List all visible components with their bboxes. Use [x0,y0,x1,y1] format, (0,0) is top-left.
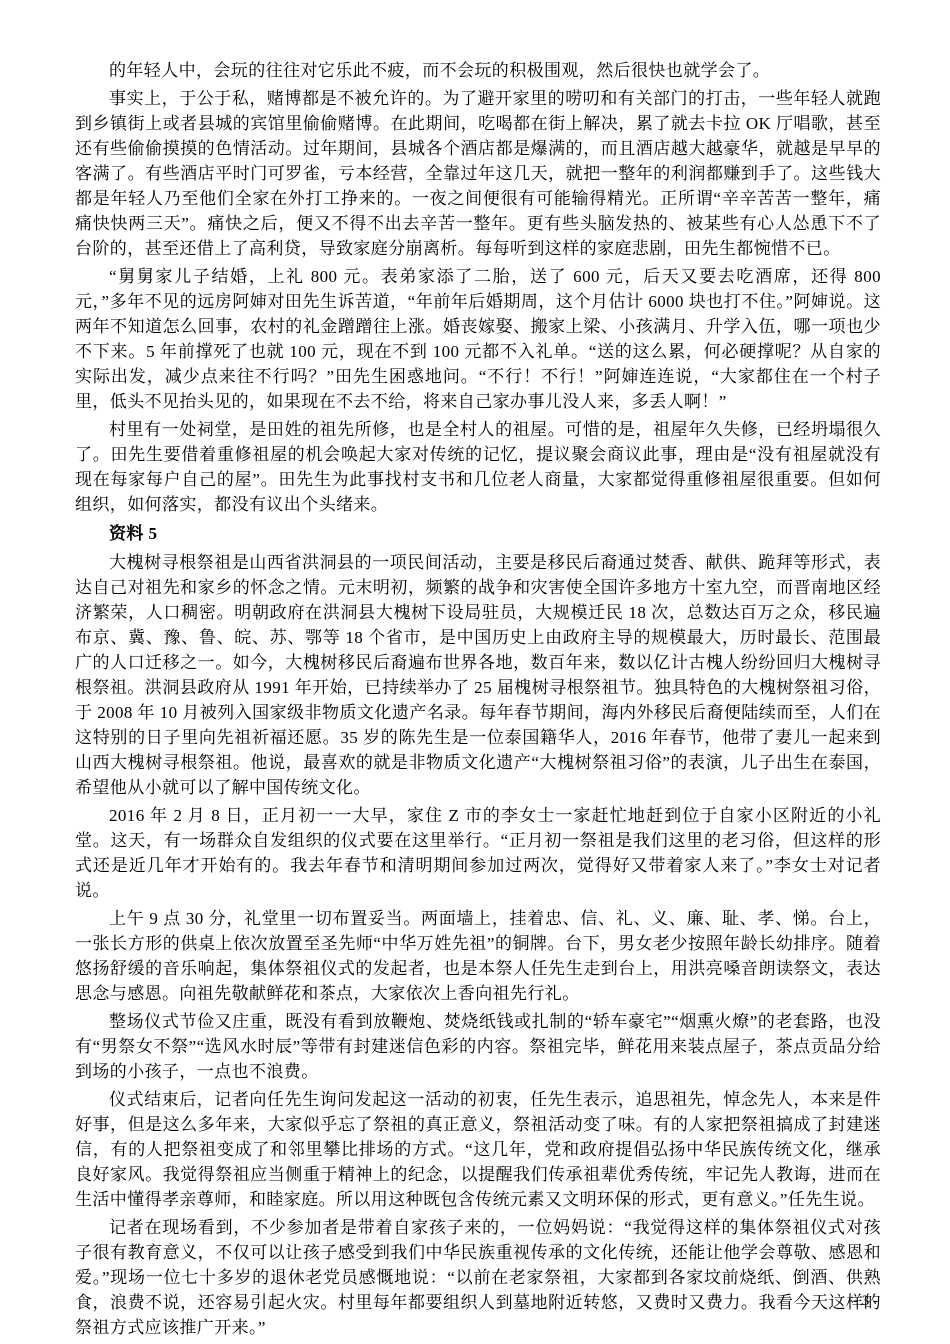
paragraph: 大槐树寻根祭祖是山西省洪洞县的一项民间活动，主要是移民后裔通过焚香、献供、跪拜等… [75,550,881,800]
paragraph: 整场仪式节俭又庄重，既没有看到放鞭炮、焚烧纸钱或扎制的“轿车豪宅”“烟熏火燎”的… [75,1009,881,1084]
paragraph: 上午 9 点 30 分，礼堂里一切布置妥当。两面墙上，挂着忠、信、礼、义、廉、耻… [75,906,881,1006]
paragraph: 事实上，于公于私，赌博都是不被允许的。为了避开家里的唠叨和有关部门的打击，一些年… [75,86,881,261]
document-page: 的年轻人中，会玩的往往对它乐此不疲，而不会玩的积极围观，然后很快也就学会了。 事… [0,0,950,1344]
page-number: - 3 - [853,1292,878,1310]
paragraph: 仪式结束后，记者向任先生询问发起这一活动的初衷，任先生表示，追思祖先，悼念先人，… [75,1087,881,1212]
paragraph: 2016 年 2 月 8 日，正月初一一大早，家住 Z 市的李女士一家赶忙地赶到… [75,803,881,903]
section-heading-ziliao-5: 资料 5 [75,521,881,546]
paragraph: “舅舅家儿子结婚，上礼 800 元。表弟家添了二胎，送了 600 元，后天又要去… [75,264,881,414]
paragraph: 村里有一处祠堂，是田姓的祖先所修，也是全村人的祖屋。可惜的是，祖屋年久失修，已经… [75,417,881,517]
paragraph: 记者在现场看到，不少参加者是带着自家孩子来的，一位妈妈说：“我觉得这样的集体祭祖… [75,1215,881,1340]
document-body: 的年轻人中，会玩的往往对它乐此不疲，而不会玩的积极围观，然后很快也就学会了。 事… [75,58,881,1343]
paragraph: 的年轻人中，会玩的往往对它乐此不疲，而不会玩的积极围观，然后很快也就学会了。 [75,58,881,83]
